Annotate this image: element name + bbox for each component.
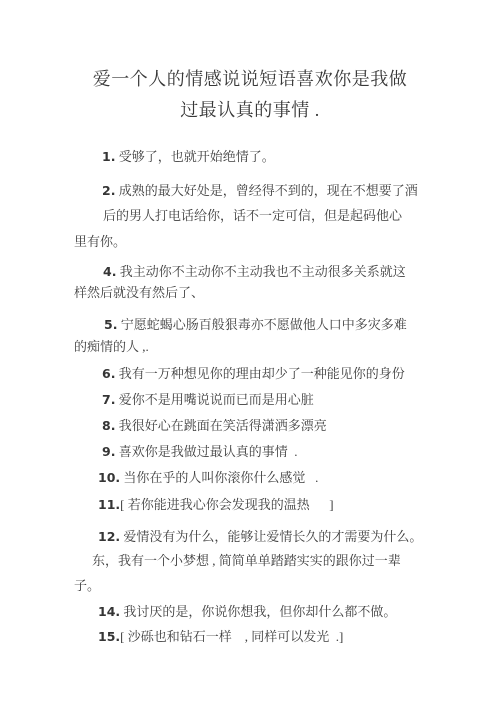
item-number: 8. [102, 418, 115, 433]
list-item-line: 子。 [74, 578, 100, 594]
list-item-line: 12. 爱情没有为什么，能够让爱情长久的才需要为什么。 [98, 529, 422, 545]
item-number: 4. [103, 264, 116, 279]
item-text: 东，我有一个小梦想 , 简简单单踏踏实实的跟你过一辈 [92, 553, 401, 568]
item-text: 爱情没有为什么，能够让爱情长久的才需要为什么。 [120, 529, 422, 544]
item-number: 15. [98, 629, 120, 644]
item-number: 2. [102, 183, 115, 198]
list-item-line: 10. 当你在乎的人叫你滚你什么感觉 . [98, 470, 318, 486]
item-text: 受够了，也就开始绝情了。 [115, 149, 274, 164]
item-number: 14. [98, 604, 120, 619]
list-item-line: 2. 成熟的最大好处是，曾经得不到的，现在不想要了酒 [102, 183, 418, 199]
list-item-line: 里有你。 [74, 234, 126, 250]
item-number: 9. [102, 444, 115, 459]
item-text: 当你在乎的人叫你滚你什么感觉 . [120, 470, 318, 485]
page-title: 爱一个人的情感说说短语喜欢你是我做 过最认真的事情 . [0, 64, 500, 126]
item-number: 7. [102, 392, 115, 407]
list-item-line: 11.[ 若你能进我心你会发现我的温热 ] [98, 497, 334, 513]
item-text: 我很好心在跳面在笑活得潇洒多漂亮 [115, 418, 326, 433]
item-number: 6. [102, 366, 115, 381]
list-item-line: 4. 我主动你不主动你不主动我也不主动很多关系就这 [103, 264, 406, 280]
item-text: 宁愿蛇蝎心肠百般狠毒亦不愿做他人口中多灾多难 [117, 317, 406, 332]
item-number: 1. [102, 149, 115, 164]
item-number: 12. [98, 529, 120, 544]
item-text: 后的男人打电话给你，话不一定可信，但是起码他心 [103, 208, 402, 223]
item-text: 我主动你不主动你不主动我也不主动很多关系就这 [116, 264, 405, 279]
item-number: 10. [98, 470, 120, 485]
list-item-line: 样然后就没有然后了、 [74, 285, 204, 301]
item-text: 我讨厌的是，你说你想我，但你却什么都不做。 [120, 604, 396, 619]
page-title-line-1: 爱一个人的情感说说短语喜欢你是我做 [0, 64, 500, 95]
list-item-line: 15.[ 沙砾也和钻石一样 , 同样可以发光 .] [98, 629, 343, 645]
item-text: 里有你。 [74, 234, 126, 249]
list-item-line: 的痴情的人 ,. [74, 339, 149, 355]
item-number: 11. [98, 497, 120, 512]
list-item-line: 14. 我讨厌的是，你说你想我，但你却什么都不做。 [98, 604, 396, 620]
list-item-line: 7. 爱你不是用嘴说说而已而是用心脏 [102, 392, 314, 408]
list-item-line: 8. 我很好心在跳面在笑活得潇洒多漂亮 [102, 418, 327, 434]
document-page: 爱一个人的情感说说短语喜欢你是我做 过最认真的事情 . 1. 受够了，也就开始绝… [0, 0, 500, 708]
page-title-line-2: 过最认真的事情 . [0, 95, 500, 126]
list-item-line: 6. 我有一万种想见你的理由却少了一种能见你的身份 [102, 366, 405, 382]
item-text: 喜欢你是我做过最认真的事情 . [115, 444, 297, 459]
item-text: 样然后就没有然后了、 [74, 285, 204, 300]
item-text: 爱你不是用嘴说说而已而是用心脏 [115, 392, 313, 407]
item-text: [ 若你能进我心你会发现我的温热 ] [120, 497, 333, 512]
list-item-line: 后的男人打电话给你，话不一定可信，但是起码他心 [103, 208, 402, 224]
item-text: [ 沙砾也和钻石一样 , 同样可以发光 .] [120, 629, 343, 644]
list-item-line: 东，我有一个小梦想 , 简简单单踏踏实实的跟你过一辈 [92, 553, 401, 569]
item-text: 的痴情的人 ,. [74, 339, 149, 354]
item-number: 5. [104, 317, 117, 332]
item-text: 我有一万种想见你的理由却少了一种能见你的身份 [115, 366, 404, 381]
list-item-line: 9. 喜欢你是我做过最认真的事情 . [102, 444, 297, 460]
item-text: 成熟的最大好处是，曾经得不到的，现在不想要了酒 [115, 183, 417, 198]
list-item-line: 5. 宁愿蛇蝎心肠百般狠毒亦不愿做他人口中多灾多难 [104, 317, 407, 333]
item-text: 子。 [74, 578, 100, 593]
list-item-line: 1. 受够了，也就开始绝情了。 [102, 149, 275, 165]
